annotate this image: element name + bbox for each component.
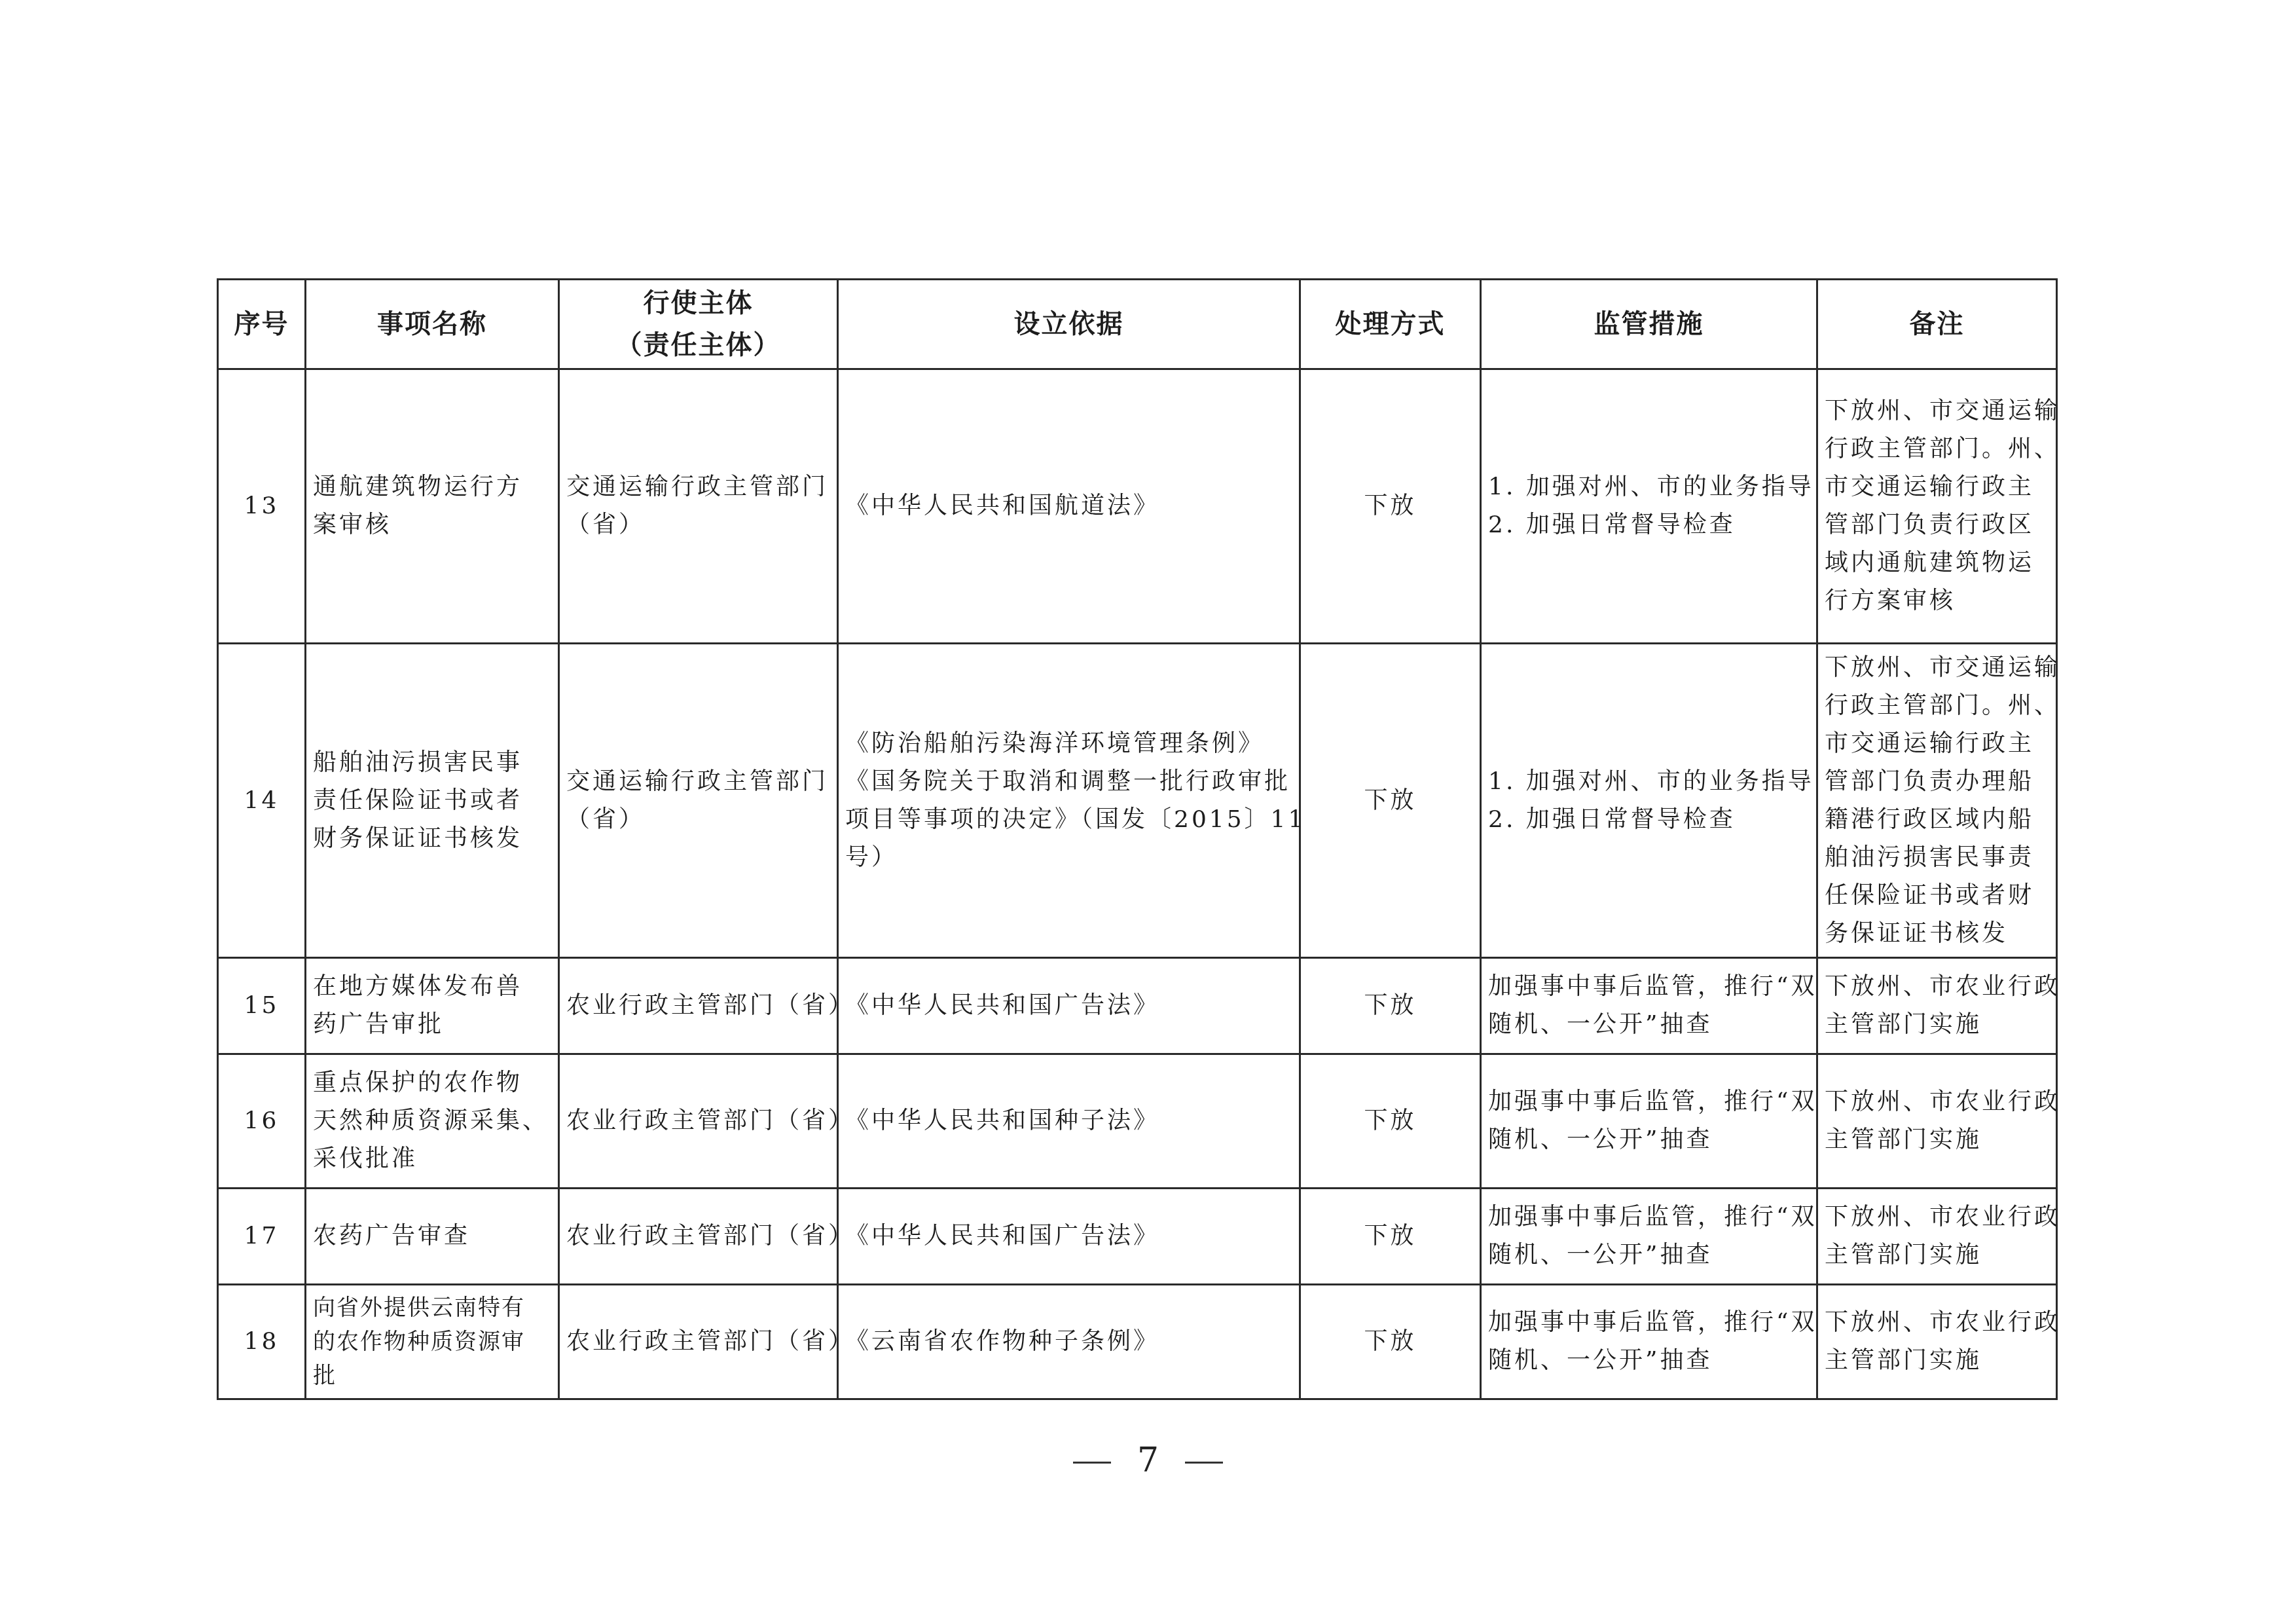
text-line: 药广告审批 [313,1006,551,1044]
cell-basis: 《云南省农作物种子条例》 [838,1285,1300,1399]
cell-name: 农药广告审查 [306,1189,559,1285]
text-line: 2. 加强日常督导检查 [1488,801,1810,839]
table-header-row: 序号 事项名称 行使主体 （责任主体） 设立依据 处理方式 监管措施 备注 [218,280,2057,369]
text-line: 项目等事项的决定》（国发〔2015〕11 [845,801,1292,839]
header-no: 序号 [218,280,306,369]
text-line: 加强事中事后监管，推行“双 [1488,1304,1810,1342]
document-page: 序号 事项名称 行使主体 （责任主体） 设立依据 处理方式 监管措施 备注 13… [0,0,2296,1624]
items-table: 序号 事项名称 行使主体 （责任主体） 设立依据 处理方式 监管措施 备注 13… [217,278,2058,1400]
text-line: 行方案审核 [1825,582,2049,620]
cell-body: 农业行政主管部门（省） [559,1189,838,1285]
header-measure: 监管措施 [1481,280,1817,369]
text-line: 随机、一公开”抽查 [1488,1236,1810,1274]
text-line: 市交通运输行政主 [1825,468,2049,506]
cell-method: 下放 [1300,1285,1481,1399]
text-line: 1. 加强对州、市的业务指导 [1488,468,1810,506]
cell-measure: 1. 加强对州、市的业务指导 2. 加强日常督导检查 [1481,644,1817,958]
header-body: 行使主体 （责任主体） [559,280,838,369]
text-line: 域内通航建筑物运 [1825,544,2049,582]
text-line: 随机、一公开”抽查 [1488,1121,1810,1159]
page-number: 7 [0,1441,2296,1480]
cell-no: 14 [218,644,306,958]
text-line: 号） [845,839,1292,877]
text-line: 重点保护的农作物 [313,1064,551,1102]
text-line: 加强事中事后监管，推行“双 [1488,968,1810,1006]
cell-method: 下放 [1300,369,1481,644]
text-line: 农业行政主管部门（省） [566,1323,830,1361]
text-line: （省） [566,801,830,839]
cell-body: 农业行政主管部门（省） [559,958,838,1054]
cell-no: 17 [218,1189,306,1285]
cell-name: 船舶油污损害民事 责任保险证书或者 财务保证证书核发 [306,644,559,958]
cell-method: 下放 [1300,1054,1481,1189]
text-line: 责任保险证书或者 [313,782,551,820]
text-line: 主管部门实施 [1825,1236,2049,1274]
text-line: 主管部门实施 [1825,1006,2049,1044]
cell-method: 下放 [1300,958,1481,1054]
text-line: 案审核 [313,506,551,544]
cell-measure: 加强事中事后监管，推行“双 随机、一公开”抽查 [1481,1054,1817,1189]
cell-no: 18 [218,1285,306,1399]
text-line: 行政主管部门。州、 [1825,430,2049,468]
cell-name: 在地方媒体发布兽 药广告审批 [306,958,559,1054]
text-line: 市交通运输行政主 [1825,725,2049,763]
cell-name: 向省外提供云南特有 的农作物种质资源审 批 [306,1285,559,1399]
text-line: 1. 加强对州、市的业务指导 [1488,763,1810,801]
dash-right [1185,1462,1223,1464]
text-line: 务保证证书核发 [1825,915,2049,953]
cell-measure: 加强事中事后监管，推行“双 随机、一公开”抽查 [1481,958,1817,1054]
cell-measure: 加强事中事后监管，推行“双 随机、一公开”抽查 [1481,1189,1817,1285]
header-name: 事项名称 [306,280,559,369]
text-line: 《云南省农作物种子条例》 [845,1323,1292,1361]
text-line: 向省外提供云南特有 [313,1291,551,1325]
table-row: 15 在地方媒体发布兽 药广告审批 农业行政主管部门（省） 《中华人民共和国广告… [218,958,2057,1054]
cell-basis: 《防治船舶污染海洋环境管理条例》 《国务院关于取消和调整一批行政审批 项目等事项… [838,644,1300,958]
header-body-line2: （责任主体） [566,324,830,366]
text-line: 《中华人民共和国航道法》 [845,487,1292,525]
table-row: 18 向省外提供云南特有 的农作物种质资源审 批 农业行政主管部门（省） 《云南… [218,1285,2057,1399]
cell-note: 下放州、市交通运输 行政主管部门。州、 市交通运输行政主 管部门负责办理船 籍港… [1817,644,2057,958]
header-body-line1: 行使主体 [566,282,830,324]
cell-method: 下放 [1300,644,1481,958]
text-line: 《国务院关于取消和调整一批行政审批 [845,763,1292,801]
cell-no: 15 [218,958,306,1054]
text-line: 财务保证证书核发 [313,820,551,858]
text-line: 加强事中事后监管，推行“双 [1488,1083,1810,1121]
text-line: 批 [313,1359,551,1393]
cell-basis: 《中华人民共和国广告法》 [838,958,1300,1054]
cell-basis: 《中华人民共和国航道法》 [838,369,1300,644]
page-number-text: 7 [1137,1441,1159,1480]
header-note: 备注 [1817,280,2057,369]
table-row: 16 重点保护的农作物 天然种质资源采集、 采伐批准 农业行政主管部门（省） 《… [218,1054,2057,1189]
header-method: 处理方式 [1300,280,1481,369]
text-line: 农药广告审查 [313,1217,551,1255]
text-line: 《中华人民共和国广告法》 [845,987,1292,1025]
text-line: 下放州、市农业行政 [1825,1304,2049,1342]
text-line: 《防治船舶污染海洋环境管理条例》 [845,725,1292,763]
text-line: 《中华人民共和国广告法》 [845,1217,1292,1255]
cell-basis: 《中华人民共和国种子法》 [838,1054,1300,1189]
text-line: 随机、一公开”抽查 [1488,1342,1810,1380]
table-row: 17 农药广告审查 农业行政主管部门（省） 《中华人民共和国广告法》 下放 加强… [218,1189,2057,1285]
text-line: 《中华人民共和国种子法》 [845,1102,1292,1140]
text-line: 下放州、市交通运输 [1825,392,2049,430]
cell-body: 农业行政主管部门（省） [559,1285,838,1399]
text-line: 管部门负责行政区 [1825,506,2049,544]
cell-measure: 加强事中事后监管，推行“双 随机、一公开”抽查 [1481,1285,1817,1399]
text-line: 在地方媒体发布兽 [313,968,551,1006]
text-line: 管部门负责办理船 [1825,763,2049,801]
text-line: 农业行政主管部门（省） [566,1102,830,1140]
table-row: 13 通航建筑物运行方 案审核 交通运输行政主管部门 （省） 《中华人民共和国航… [218,369,2057,644]
text-line: 天然种质资源采集、 [313,1102,551,1140]
text-line: （省） [566,506,830,544]
text-line: 舶油污损害民事责 [1825,839,2049,877]
table-row: 14 船舶油污损害民事 责任保险证书或者 财务保证证书核发 交通运输行政主管部门… [218,644,2057,958]
cell-method: 下放 [1300,1189,1481,1285]
text-line: 行政主管部门。州、 [1825,687,2049,725]
cell-basis: 《中华人民共和国广告法》 [838,1189,1300,1285]
text-line: 通航建筑物运行方 [313,468,551,506]
cell-note: 下放州、市农业行政 主管部门实施 [1817,1189,2057,1285]
cell-note: 下放州、市农业行政 主管部门实施 [1817,958,2057,1054]
cell-note: 下放州、市农业行政 主管部门实施 [1817,1285,2057,1399]
cell-name: 通航建筑物运行方 案审核 [306,369,559,644]
text-line: 下放州、市农业行政 [1825,1198,2049,1236]
cell-note: 下放州、市农业行政 主管部门实施 [1817,1054,2057,1189]
text-line: 随机、一公开”抽查 [1488,1006,1810,1044]
text-line: 下放州、市农业行政 [1825,968,2049,1006]
cell-body: 农业行政主管部门（省） [559,1054,838,1189]
text-line: 农业行政主管部门（省） [566,987,830,1025]
text-line: 2. 加强日常督导检查 [1488,506,1810,544]
header-basis: 设立依据 [838,280,1300,369]
text-line: 加强事中事后监管，推行“双 [1488,1198,1810,1236]
text-line: 任保险证书或者财 [1825,877,2049,915]
text-line: 的农作物种质资源审 [313,1325,551,1359]
text-line: 下放州、市交通运输 [1825,649,2049,687]
text-line: 主管部门实施 [1825,1342,2049,1380]
text-line: 采伐批准 [313,1140,551,1178]
text-line: 交通运输行政主管部门 [566,763,830,801]
cell-note: 下放州、市交通运输 行政主管部门。州、 市交通运输行政主 管部门负责行政区 域内… [1817,369,2057,644]
cell-body: 交通运输行政主管部门 （省） [559,644,838,958]
text-line: 船舶油污损害民事 [313,744,551,782]
text-line: 交通运输行政主管部门 [566,468,830,506]
text-line: 下放州、市农业行政 [1825,1083,2049,1121]
text-line: 主管部门实施 [1825,1121,2049,1159]
cell-name: 重点保护的农作物 天然种质资源采集、 采伐批准 [306,1054,559,1189]
cell-body: 交通运输行政主管部门 （省） [559,369,838,644]
cell-no: 13 [218,369,306,644]
dash-left [1073,1462,1111,1464]
cell-no: 16 [218,1054,306,1189]
cell-measure: 1. 加强对州、市的业务指导 2. 加强日常督导检查 [1481,369,1817,644]
text-line: 籍港行政区域内船 [1825,801,2049,839]
text-line: 农业行政主管部门（省） [566,1217,830,1255]
